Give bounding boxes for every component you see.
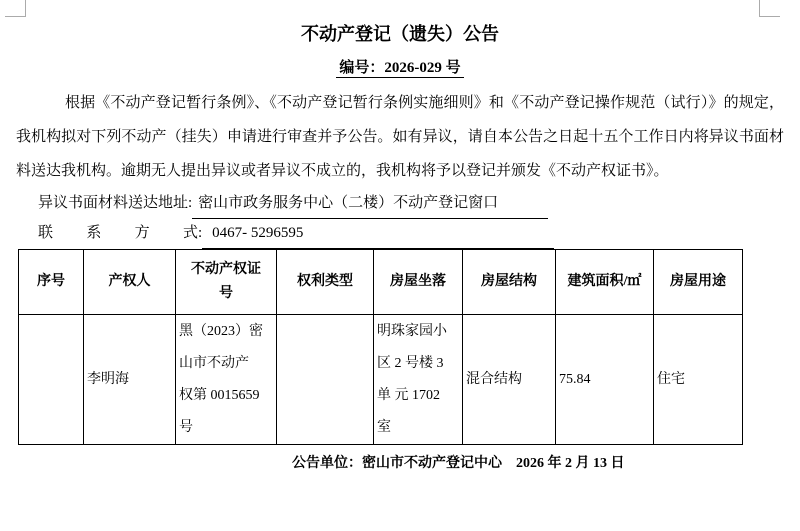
header-floor-area: 建筑面积/㎡ [556, 250, 654, 315]
doc-number: 编号：2026-029 号 [336, 60, 463, 78]
contact-value: 0467- 5296595 [202, 218, 554, 249]
cell-property-owner: 李明海 [84, 315, 176, 445]
header-house-usage: 房屋用途 [654, 250, 743, 315]
header-certificate-number: 不动产权证 号 [176, 250, 277, 315]
contact-label: 联 系 方 式 [38, 218, 198, 248]
body-paragraph: 根据《不动产登记暂行条例》、《不动产登记暂行条例实施细则》和《不动产登记操作规范… [16, 86, 784, 188]
page-corner-mark-top-left [5, 0, 26, 17]
cell-right-type [277, 315, 374, 445]
cell-house-usage: 住宅 [654, 315, 743, 445]
header-house-location: 房屋坐落 [374, 250, 463, 315]
page-corner-mark-top-right [759, 0, 780, 17]
announcement-table: 序号 产权人 不动产权证 号 权利类型 房屋坐落 房屋结构 建筑面积/㎡ 房屋用… [18, 249, 743, 445]
header-house-structure: 房屋结构 [463, 250, 556, 315]
cell-certificate-number: 黑（2023）密 山市不动产 权第 0015659 号 [176, 315, 277, 445]
contact-line: 联 系 方 式 : 0467- 5296595 [38, 218, 784, 248]
cell-house-location: 明珠家园小 区 2 号楼 3 单 元 1702 室 [374, 315, 463, 445]
header-right-type: 权利类型 [277, 250, 374, 315]
header-serial-number: 序号 [19, 250, 84, 315]
cell-floor-area: 75.84 [556, 315, 654, 445]
cell-house-structure: 混合结构 [463, 315, 556, 445]
address-label: 异议书面材料送达地址: [38, 188, 192, 218]
cell-serial-number [19, 315, 84, 445]
address-value: 密山市政务服务中心（二楼）不动产登记窗口 [192, 188, 548, 219]
footer-announcer-line: 公告单位：密山市不动产登记中心 2026 年 2 月 13 日 [292, 452, 800, 476]
header-property-owner: 产权人 [84, 250, 176, 315]
page-title: 不动产登记（遗失）公告 [0, 20, 800, 48]
table-row: 李明海 黑（2023）密 山市不动产 权第 0015659 号 明珠家园小 区 … [19, 315, 743, 445]
doc-number-line: 编号：2026-029 号 [0, 58, 800, 78]
address-line: 异议书面材料送达地址: 密山市政务服务中心（二楼）不动产登记窗口 [38, 188, 784, 218]
announcement-page: 不动产登记（遗失）公告 编号：2026-029 号 根据《不动产登记暂行条例》、… [0, 0, 800, 531]
table-header-row: 序号 产权人 不动产权证 号 权利类型 房屋坐落 房屋结构 建筑面积/㎡ 房屋用… [19, 250, 743, 315]
